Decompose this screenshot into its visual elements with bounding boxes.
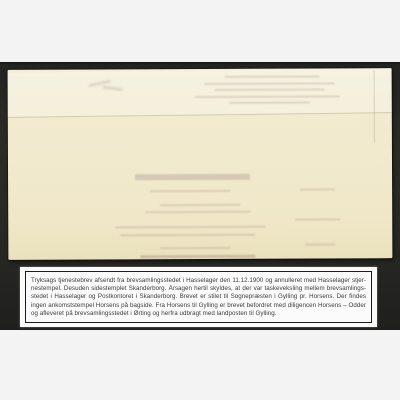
ghost-print-line xyxy=(295,218,340,220)
ghost-print-line xyxy=(140,255,255,259)
description-frame: Tryksags tjenestebrev afsendt fra brevsa… xyxy=(25,271,372,323)
ghost-print-line xyxy=(230,102,310,104)
ghost-print-line xyxy=(305,243,335,245)
ghost-print-line xyxy=(195,95,340,98)
ghost-print-heading xyxy=(135,174,250,181)
ghost-print-line xyxy=(150,190,230,192)
ghost-print-line xyxy=(160,204,240,206)
ghost-print-line xyxy=(215,88,325,90)
description-line: Tryksags tjenestebrev afsendt fra brevsa… xyxy=(31,277,366,285)
envelope-back xyxy=(8,68,393,260)
auction-lot-photo: Tryksags tjenestebrev afsendt fra brevsa… xyxy=(0,0,400,400)
ghost-print-line xyxy=(300,188,335,190)
description-line: ingen ankomststempel Horsens på bagside.… xyxy=(31,302,366,310)
ghost-print-line xyxy=(120,234,255,237)
show-through-print xyxy=(8,68,393,260)
ghost-print-line xyxy=(205,82,335,85)
description-line: og afleveret på brevsamlingsstedet i Ørt… xyxy=(31,310,366,318)
ghost-print-line xyxy=(115,226,265,229)
ghost-print-line xyxy=(160,247,230,249)
description-line: stedet i Hasselager og Postkontoret i Sk… xyxy=(31,293,366,301)
description-card: Tryksags tjenestebrev afsendt fra brevsa… xyxy=(20,267,377,327)
ghost-print-line xyxy=(145,211,250,213)
description-line: nestempel. Desuden sidestemplet Skanderb… xyxy=(31,285,366,293)
ghost-print-line xyxy=(225,75,320,77)
